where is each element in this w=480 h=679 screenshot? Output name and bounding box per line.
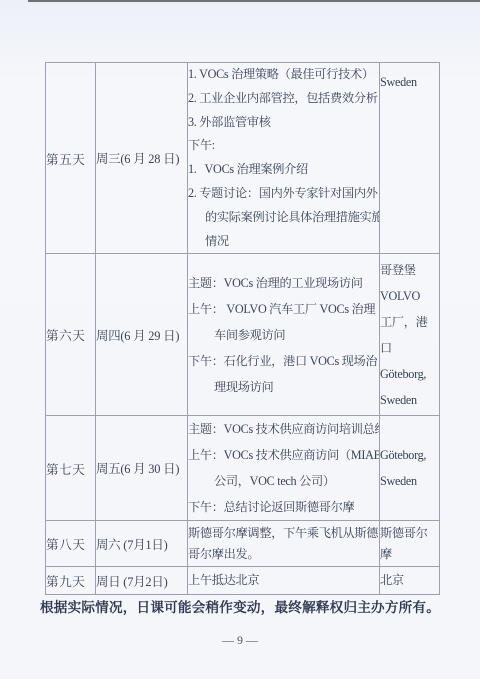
location-line: Sweden: [380, 71, 439, 95]
day-cell: 第九天: [46, 567, 96, 595]
location-cell: Göteborg,Sweden: [380, 416, 440, 521]
activity-line: 情况: [188, 230, 379, 254]
activity-line: 主题：VOCs 治理的工业现场访问: [188, 270, 379, 296]
activities-cell: 上午抵达北京: [188, 567, 380, 595]
table-row: 第九天周日 (7月2日)上午抵达北京北京: [46, 567, 440, 595]
location-cell: 斯德哥尔摩: [380, 521, 440, 567]
activity-line: 下午：石化行业，港口 VOCs 现场治: [188, 348, 379, 374]
activity-line: 2. 专题讨论：国内外专家针对国内外: [188, 182, 379, 206]
activities-cell: 1. VOCs 治理策略（最佳可行技术）2. 工业企业内部管控，包括费效分析3.…: [188, 63, 380, 254]
table-row: 第六天周四(6 月 29 日)主题：VOCs 治理的工业现场访问上午： VOLV…: [46, 254, 440, 416]
activity-line: 斯德哥尔摩调整，下午乘飞机从斯德: [188, 523, 379, 544]
day-cell: 第七天: [46, 416, 96, 521]
activity-line: 2. 工业企业内部管控，包括费效分析: [188, 87, 379, 111]
schedule-table-body: 第五天周三(6 月 28 日)1. VOCs 治理策略（最佳可行技术）2. 工业…: [46, 63, 440, 595]
document-page: 第五天周三(6 月 28 日)1. VOCs 治理策略（最佳可行技术）2. 工业…: [0, 0, 480, 679]
location-line: VOLVO: [380, 283, 439, 309]
location-line: 斯德哥尔: [380, 523, 439, 544]
activity-line: 车间参观访问: [188, 322, 379, 348]
location-line: 北京: [380, 570, 439, 591]
day-cell: 第六天: [46, 254, 96, 416]
activity-line: 3. 外部监管审核: [188, 111, 379, 135]
location-line: Göteborg,: [380, 361, 439, 387]
activities-cell: 主题：VOCs 治理的工业现场访问上午： VOLVO 汽车工厂 VOCs 治理车…: [188, 254, 380, 416]
table-row: 第八天周六 (7月1日)斯德哥尔摩调整，下午乘飞机从斯德哥尔摩出发。斯德哥尔摩: [46, 521, 440, 567]
location-cell: 北京: [380, 567, 440, 595]
activity-line: 哥尔摩出发。: [188, 544, 379, 565]
location-cell: 哥登堡VOLVO工厂，港口Göteborg,Sweden: [380, 254, 440, 416]
date-cell: 周日 (7月2日): [96, 567, 188, 595]
activity-line: 1. VOCs 治理案例介绍: [188, 158, 379, 182]
activity-line: 的实际案例讨论具体治理措施实施: [188, 206, 379, 230]
location-line: Sweden: [380, 387, 439, 413]
activity-line: 上午：VOCs 技术供应商访问（MIAB: [188, 442, 379, 468]
activities-cell: 主题：VOCs 技术供应商访问培训总结上午：VOCs 技术供应商访问（MIAB公…: [188, 416, 380, 521]
date-cell: 周三(6 月 28 日): [96, 63, 188, 254]
scan-edge-line: [28, 0, 480, 2]
activity-line: 公司，VOC tech 公司）: [188, 468, 379, 494]
table-row: 第五天周三(6 月 28 日)1. VOCs 治理策略（最佳可行技术）2. 工业…: [46, 63, 440, 254]
location-line: Göteborg,: [380, 442, 439, 468]
location-line: 哥登堡: [380, 257, 439, 283]
location-line: 口: [380, 335, 439, 361]
activity-line: 理现场访问: [188, 374, 379, 400]
schedule-table: 第五天周三(6 月 28 日)1. VOCs 治理策略（最佳可行技术）2. 工业…: [45, 62, 440, 595]
activity-line: 主题：VOCs 技术供应商访问培训总结: [188, 416, 379, 442]
activity-line: 下午:: [188, 134, 379, 158]
activity-line: 1. VOCs 治理策略（最佳可行技术）: [188, 63, 379, 87]
activity-line: 下午：总结讨论返回斯德哥尔摩: [188, 494, 379, 520]
date-cell: 周六 (7月1日): [96, 521, 188, 567]
day-cell: 第八天: [46, 521, 96, 567]
page-number: — 9 —: [0, 633, 480, 648]
date-cell: 周五(6 月 30 日): [96, 416, 188, 521]
activity-line: 上午抵达北京: [188, 570, 379, 591]
location-line: 工厂，港: [380, 309, 439, 335]
date-cell: 周四(6 月 29 日): [96, 254, 188, 416]
activities-cell: 斯德哥尔摩调整，下午乘飞机从斯德哥尔摩出发。: [188, 521, 380, 567]
activity-line: 上午： VOLVO 汽车工厂 VOCs 治理: [188, 296, 379, 322]
location-line: Sweden: [380, 468, 439, 494]
location-line: 摩: [380, 544, 439, 565]
table-row: 第七天周五(6 月 30 日)主题：VOCs 技术供应商访问培训总结上午：VOC…: [46, 416, 440, 521]
day-cell: 第五天: [46, 63, 96, 254]
location-cell: Sweden: [380, 63, 440, 254]
footer-note: 根据实际情况，日课可能会稍作变动，最终解释权归主办方所有。: [0, 596, 480, 616]
